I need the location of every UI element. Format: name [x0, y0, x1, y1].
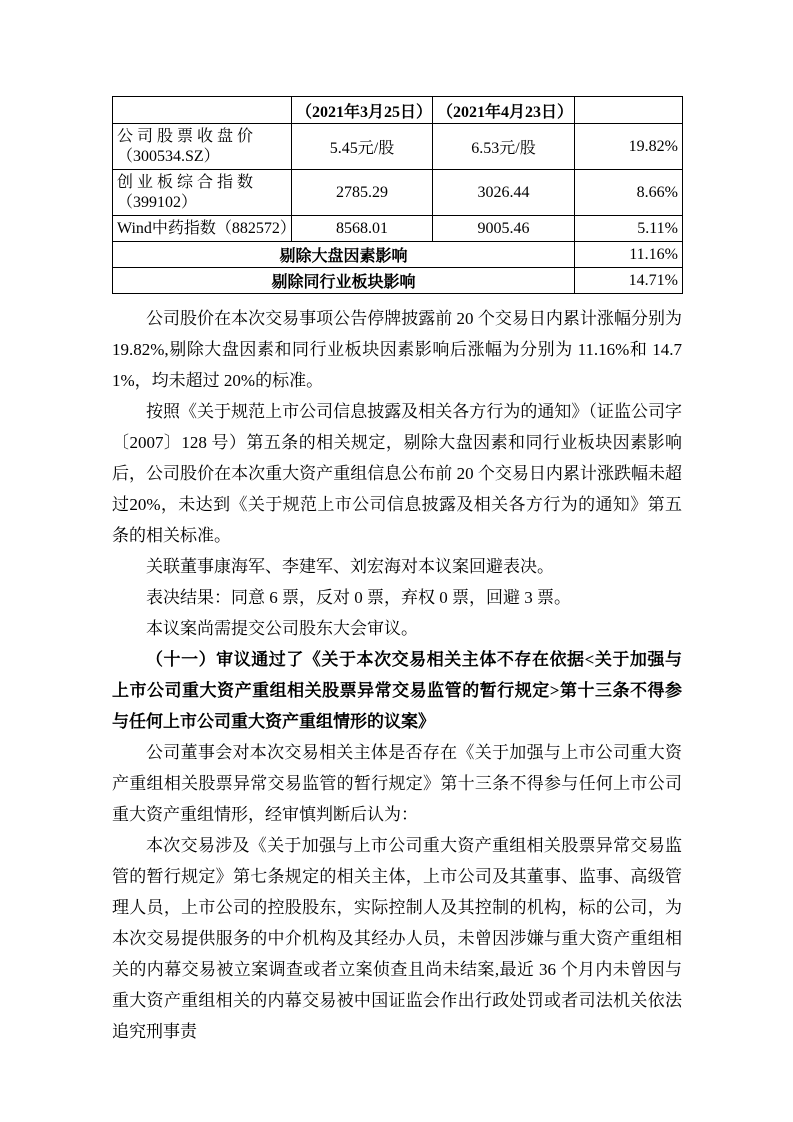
value-change: 8.66%	[575, 170, 683, 216]
summary-row-market-factor: 剔除大盘因素影响 11.16%	[113, 242, 683, 268]
table-row-stock-price: 公司股票收盘价 （300534.SZ） 5.45元/股 6.53元/股 19.8…	[113, 124, 683, 170]
value-change: 19.82%	[575, 124, 683, 170]
row-label-cell: 公司股票收盘价 （300534.SZ）	[113, 124, 292, 170]
table-header-row: （2021年3月25日） （2021年4月23日）	[113, 97, 683, 124]
body-text: 公司股价在本次交易事项公告停牌披露前 20 个交易日内累计涨幅分别为19.82%…	[112, 303, 682, 1047]
row-label: 公司股票收盘价	[117, 127, 287, 147]
row-label: 创业板综合指数	[117, 173, 287, 193]
table-header-date-1: （2021年3月25日）	[292, 97, 433, 124]
paragraph-price-increase: 公司股价在本次交易事项公告停牌披露前 20 个交易日内累计涨幅分别为19.82%…	[112, 303, 682, 396]
table-header-date-2: （2021年4月23日）	[433, 97, 575, 124]
stock-price-comparison-table: （2021年3月25日） （2021年4月23日） 公司股票收盘价 （30053…	[112, 96, 683, 294]
row-code: （399102）	[117, 193, 287, 213]
page-content: （2021年3月25日） （2021年4月23日） 公司股票收盘价 （30053…	[112, 96, 682, 1047]
value-change: 5.11%	[575, 216, 683, 242]
table-row-chinext-index: 创业板综合指数 （399102） 2785.29 3026.44 8.66%	[113, 170, 683, 216]
summary-change: 14.71%	[575, 268, 683, 294]
row-code: （300534.SZ）	[117, 147, 287, 167]
table-header-empty	[113, 97, 292, 124]
paragraph-related-directors-abstain: 关联董事康海军、李建军、刘宏海对本议案回避表决。	[112, 551, 682, 582]
value-date1: 5.45元/股	[292, 124, 433, 170]
value-date1: 2785.29	[292, 170, 433, 216]
summary-change: 11.16%	[575, 242, 683, 268]
value-date2: 9005.46	[433, 216, 575, 242]
paragraph-regulation-basis: 按照《关于规范上市公司信息披露及相关各方行为的通知》（证监公司字〔2007〕12…	[112, 396, 682, 551]
table-header-change-empty	[575, 97, 683, 124]
row-label-cell: 创业板综合指数 （399102）	[113, 170, 292, 216]
document-page: { "document": { "table": { "col_headers"…	[0, 0, 793, 1122]
summary-label: 剔除大盘因素影响	[113, 242, 575, 268]
paragraph-voting-result: 表决结果：同意 6 票，反对 0 票，弃权 0 票，回避 3 票。	[112, 582, 682, 613]
table-row-wind-index: Wind中药指数（882572） 8568.01 9005.46 5.11%	[113, 216, 683, 242]
paragraph-transaction-parties: 本次交易涉及《关于加强与上市公司重大资产重组相关股票异常交易监管的暂行规定》第七…	[112, 830, 682, 1047]
value-date1: 8568.01	[292, 216, 433, 242]
summary-row-industry-factor: 剔除同行业板块影响 14.71%	[113, 268, 683, 294]
value-date2: 6.53元/股	[433, 124, 575, 170]
summary-label: 剔除同行业板块影响	[113, 268, 575, 294]
section-heading-item-11: （十一）审议通过了《关于本次交易相关主体不存在依据<关于加强与上市公司重大资产重…	[112, 644, 682, 737]
paragraph-shareholder-meeting: 本议案尚需提交公司股东大会审议。	[112, 613, 682, 644]
paragraph-board-judgment: 公司董事会对本次交易相关主体是否存在《关于加强与上市公司重大资产重组相关股票异常…	[112, 737, 682, 830]
value-date2: 3026.44	[433, 170, 575, 216]
row-label: Wind中药指数（882572）	[117, 219, 287, 239]
row-label-cell: Wind中药指数（882572）	[113, 216, 292, 242]
